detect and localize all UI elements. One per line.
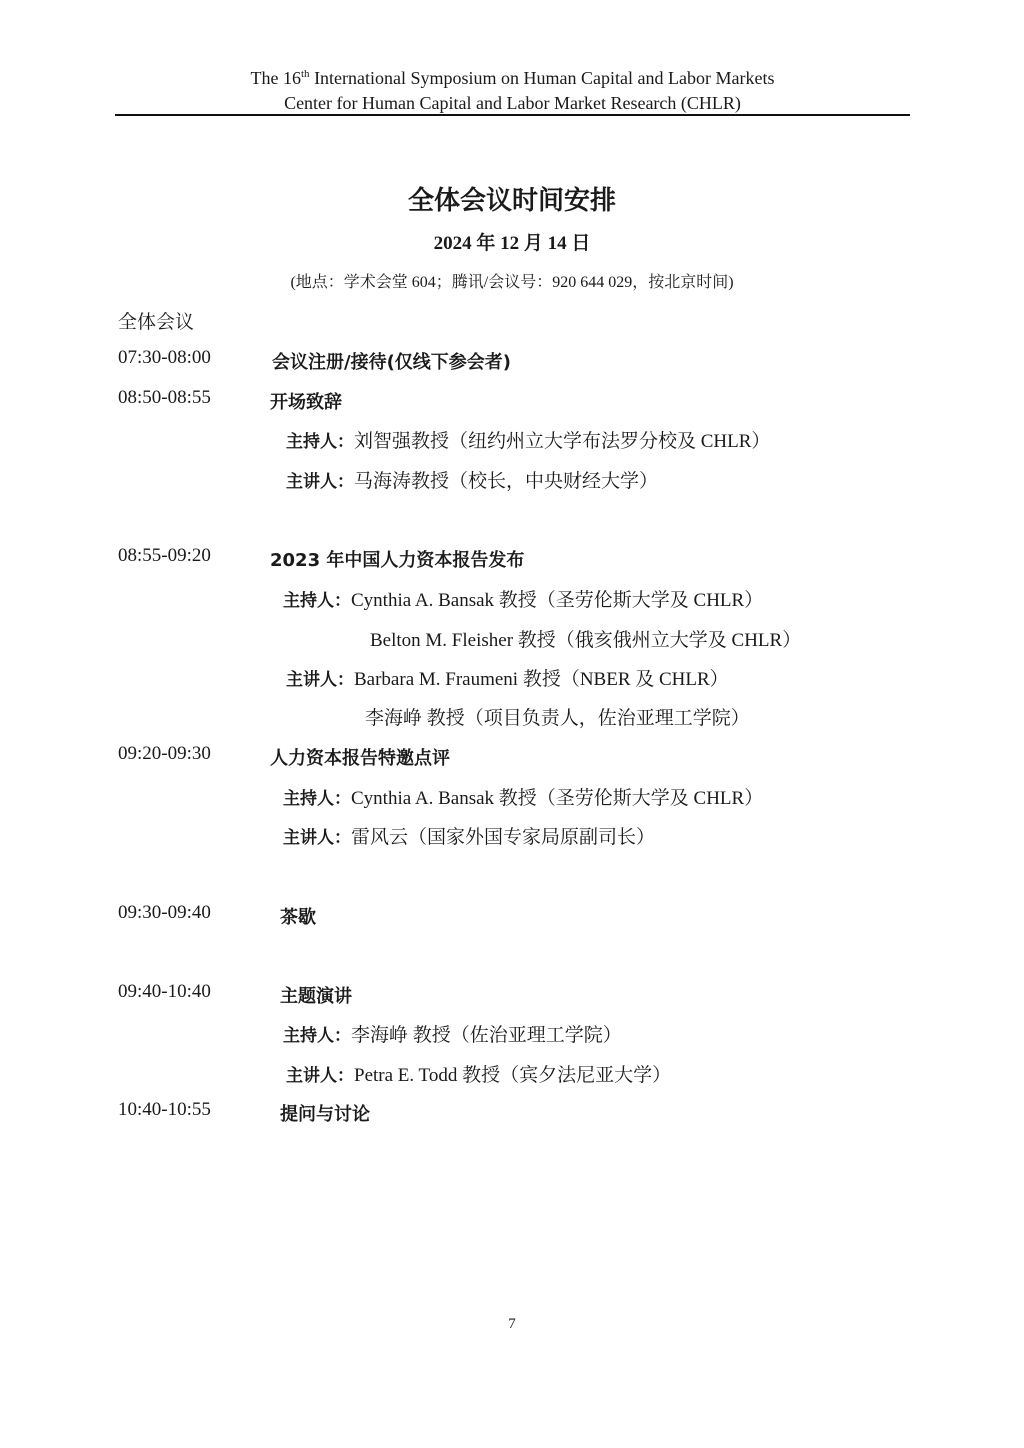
session-time: 08:55-09:20: [118, 545, 211, 567]
date: 2024 年 12 月 14 日: [0, 228, 1024, 255]
document-header: The 16th International Symposium on Huma…: [115, 62, 910, 116]
speaker-line: 主讲人：Petra E. Todd 教授（宾夕法尼亚大学）: [286, 1060, 671, 1087]
page-title: 全体会议时间安排: [0, 180, 1024, 217]
session-time: 08:50-08:55: [118, 387, 211, 409]
session-time: 09:20-09:30: [118, 743, 211, 765]
session-title: 人力资本报告特邀点评: [270, 744, 450, 770]
header-divider: [115, 114, 910, 116]
speaker-line: 主讲人：雷风云（国家外国专家局原副司长）: [283, 822, 655, 849]
session-time: 09:40-10:40: [118, 981, 211, 1003]
session-title: 茶歇: [280, 903, 316, 929]
speaker-line: 主讲人：Barbara M. Fraumeni 教授（NBER 及 CHLR）: [286, 664, 729, 691]
center-name: Center for Human Capital and Labor Marke…: [115, 91, 910, 116]
session-title: 开场致辞: [270, 388, 342, 414]
moderator-line: Belton M. Fleisher 教授（俄亥俄州立大学及 CHLR）: [370, 625, 801, 652]
moderator-line: 主持人：Cynthia A. Bansak 教授（圣劳伦斯大学及 CHLR）: [283, 783, 763, 810]
session-time: 10:40-10:55: [118, 1099, 211, 1121]
session-title: 会议注册/接待(仅线下参会者): [272, 348, 511, 374]
moderator-line: 主持人：李海峥 教授（佐治亚理工学院）: [283, 1020, 622, 1047]
moderator-line: 主持人：刘智强教授（纽约州立大学布法罗分校及 CHLR）: [286, 426, 770, 453]
session-time: 09:30-09:40: [118, 902, 211, 924]
page-number: 7: [0, 1316, 1024, 1333]
speaker-line: 李海峥 教授（项目负责人，佐治亚理工学院）: [365, 703, 750, 730]
session-title: 主题演讲: [280, 982, 352, 1008]
moderator-line: 主持人：Cynthia A. Bansak 教授（圣劳伦斯大学及 CHLR）: [283, 585, 763, 612]
session-title: 提问与讨论: [280, 1100, 370, 1126]
section-label: 全体会议: [118, 307, 194, 334]
speaker-line: 主讲人：马海涛教授（校长，中央财经大学）: [286, 466, 658, 493]
location-info: (地点：学术会堂 604；腾讯/会议号：920 644 029，按北京时间): [0, 269, 1024, 292]
session-time: 07:30-08:00: [118, 347, 211, 369]
session-title: 2023 年中国人力资本报告发布: [270, 546, 524, 572]
symposium-title: The 16th International Symposium on Huma…: [115, 62, 910, 91]
